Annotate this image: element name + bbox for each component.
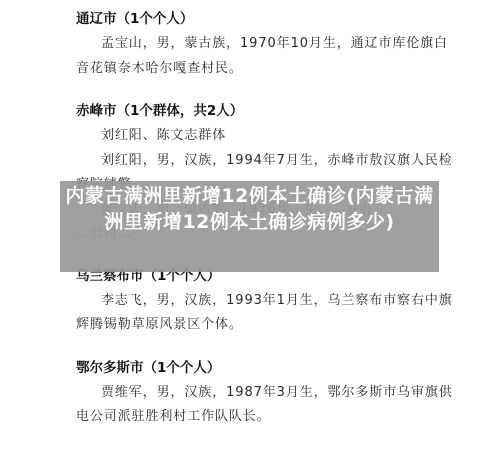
body-line: 李志飞，男，汉族，1993年1月生，乌兰察布市察右中旗: [101, 289, 453, 308]
section-heading-ordos: 鄂尔多斯市（1个个人）: [76, 356, 220, 376]
group-name-line: 刘红阳、陈文志群体: [101, 124, 226, 143]
body-line: 贾维军，男，汉族，1987年3月生，鄂尔多斯市乌审旗供: [101, 381, 453, 400]
body-line: 电公司派驻胜利村工作队队长。: [76, 405, 271, 424]
section-heading-chifeng: 赤峰市（1个群体，共2人）: [76, 99, 243, 119]
body-line: 音花镇奈木哈尔嘎查村民。: [76, 57, 243, 76]
body-line: 刘红阳，男，汉族，1994年7月生，赤峰市敖汉旗人民检: [101, 149, 453, 168]
section-heading-tongliao: 通辽市（1个个人）: [76, 7, 193, 27]
overlay-title: 内蒙古满洲里新增12例本土确诊(内蒙古满洲里新增12例本土确诊病例多少): [60, 183, 439, 235]
body-line: 辉腾锡勒草原风景区个体。: [76, 313, 243, 332]
body-line: 孟宝山，男，蒙古族，1970年10月生，通辽市库伦旗白: [101, 32, 448, 51]
